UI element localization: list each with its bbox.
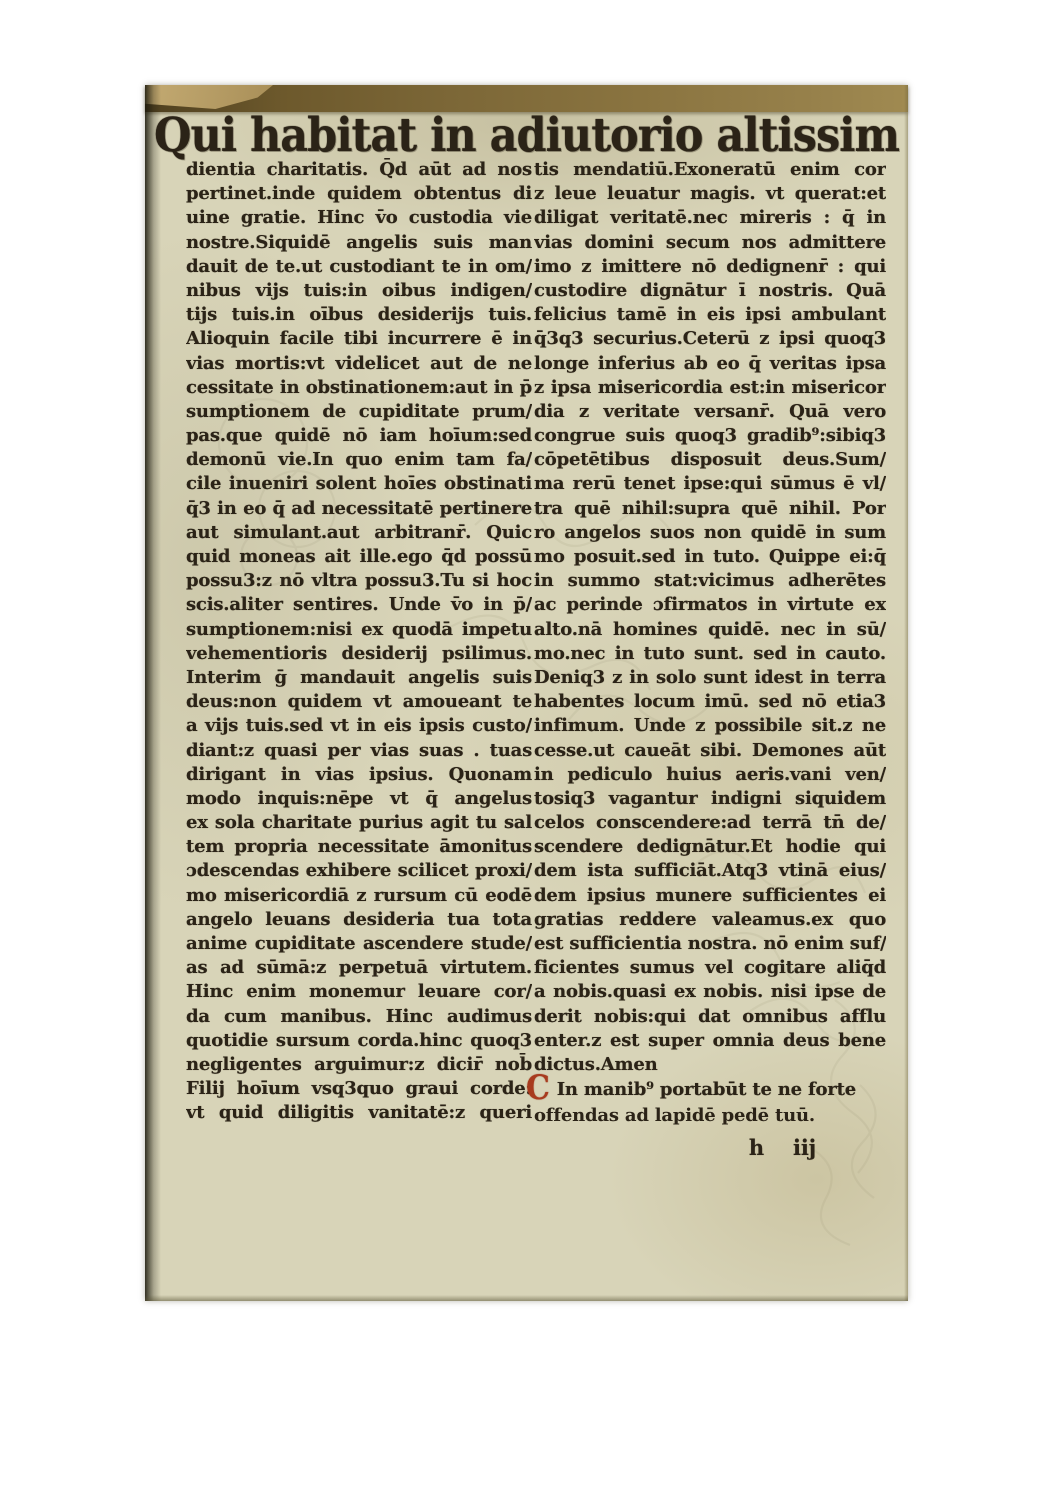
text-line: Filij hoīum vsq3quo graui corde: (186, 1077, 532, 1101)
text-line: dem ista sufficiāt.Atq3 vtinā eius/ (534, 859, 886, 883)
text-line: celos conscendere:ad terrā tn̄ de/ (534, 811, 886, 835)
text-line: mo.nec in tuto sunt. sed in cauto. (534, 642, 886, 666)
text-line: diant:z quasi per vias suas . tuas (186, 739, 532, 763)
text-line: nostre.Siquidē angelis suis man (186, 231, 532, 255)
text-line: Alioquin facile tibi incurrere ē in (186, 327, 532, 351)
text-line: tem propria necessitate āmonitus (186, 835, 532, 859)
text-line: quotidie sursum corda.hinc quoq3 (186, 1029, 532, 1053)
text-line: in summo stat:vicimus adherētes (534, 569, 886, 593)
text-line: dauit de te.ut custodiant te in om/ (186, 255, 532, 279)
text-line: da cum manibus. Hinc audimus (186, 1005, 532, 1029)
text-line: Deniq3 z in solo sunt idest in terra (534, 666, 886, 690)
text-line: dirigant in vias ipsius. Quonam (186, 763, 532, 787)
text-line: tosiq3 vagantur indigni siquidem (534, 787, 886, 811)
text-line: ficientes sumus vel cogitare aliq̄d (534, 956, 886, 980)
scan-background: { "page": { "header_title": "Qui habitat… (0, 0, 1060, 1500)
text-line: est sufficientia nostra. nō enim suf/ (534, 932, 886, 956)
text-line: pertinet.inde quidem obtentus di (186, 182, 532, 206)
text-line: cile inueniri solent hoīes obstinati (186, 472, 532, 496)
text-line: ro angelos suos non quidē in sum (534, 521, 886, 545)
text-line: ma rerū tenet ipse:qui sūmus ē vl/ (534, 472, 886, 496)
text-line: cessitate in obstinationem:aut in p̄ (186, 376, 532, 400)
text-line: nibus vijs tuis:in oibus indigen/ (186, 279, 532, 303)
text-line: a nobis.quasi ex nobis. nisi ipse de (534, 980, 886, 1004)
text-line: demonū vie.In quo enim tam fa/ (186, 448, 532, 472)
text-line: dientia charitatis. Q̄d aūt ad nos (186, 158, 532, 182)
torn-corner (145, 85, 273, 109)
text-line: habentes locum imū. sed nō etia3 (534, 690, 886, 714)
text-line: vt quid diligitis vanitatē:z queri (186, 1101, 532, 1125)
text-line: diligat veritatē.nec mireris : q̄ in (534, 206, 886, 230)
text-line: quid moneas ait ille.ego q̄d possū (186, 545, 532, 569)
text-line: q̄3 in eo q̄ ad necessitatē pertinere (186, 497, 532, 521)
text-line: longe inferius ab eo q̄ veritas ipsa (534, 352, 886, 376)
text-line: alto.nā homines quidē. nec in sū/ (534, 618, 886, 642)
text-line: scis.aliter sentires. Unde v̄o in p̄/ (186, 593, 532, 617)
text-line: anime cupiditate ascendere stude/ (186, 932, 532, 956)
text-line: tra quē nihil:supra quē nihil. Por (534, 497, 886, 521)
rubric-line: offendas ad lapidē pedē tuū. (534, 1103, 886, 1129)
text-line: vias mortis:vt videlicet aut de ne (186, 352, 532, 376)
text-line: modo inquis:nēpe vt q̄ angelus (186, 787, 532, 811)
text-line: ac perinde ɔfirmatos in virtute ex (534, 593, 886, 617)
text-line: sumptionem de cupiditate prum/ (186, 400, 532, 424)
text-line: possu3:z nō vltra possu3.Tu si hoc (186, 569, 532, 593)
rubric-pilcrow-icon: C (526, 1076, 550, 1103)
text-line: vias domini secum nos admittere (534, 231, 886, 255)
text-line: Interim ḡ mandauit angelis suis (186, 666, 532, 690)
text-line: in pediculo huius aeris.vani ven/ (534, 763, 886, 787)
book-page: Qui habitat in adiutorio altissim dienti… (145, 85, 908, 1301)
signature-mark: h iij (534, 1135, 886, 1160)
right-column-lines: tis mendatiū.Exoneratū enim corz leue … (534, 158, 886, 1053)
right-column: tis mendatiū.Exoneratū enim corz leue … (534, 158, 886, 1160)
text-line: a vijs tuis.sed vt in eis ipsis custo/ (186, 714, 532, 738)
text-line: uine gratie. Hinc v̄o custodia vie (186, 206, 532, 230)
text-line: ex sola charitate purius agit tu sal (186, 811, 532, 835)
text-line: angelo leuans desideria tua tota (186, 908, 532, 932)
text-line: Hinc enim monemur leuare cor/ (186, 980, 532, 1004)
text-line: tijs tuis.in oībus desiderijs tuis. (186, 303, 532, 327)
text-line: dem ipsius munere sufficientes ei (534, 884, 886, 908)
text-line: custodire dignātur ī nostris. Quā (534, 279, 886, 303)
text-line: z leue leuatur magis. vt querat:et (534, 182, 886, 206)
text-line: pas.que quidē nō iam hoīum:sed (186, 424, 532, 448)
text-line: cōpetētibus disposuit deus.Sum/ (534, 448, 886, 472)
text-line: deus:non quidem vt amoueant te (186, 690, 532, 714)
binding-edge-band (145, 85, 908, 112)
text-line: as ad sūmā:z perpetuā virtutem. (186, 956, 532, 980)
page-title: Qui habitat in adiutorio altissim (145, 109, 908, 163)
text-line: aut simulant.aut arbitranr̄. Quic (186, 521, 532, 545)
text-line: tis mendatiū.Exoneratū enim cor (534, 158, 886, 182)
text-line: negligentes arguimur:z dicir̄ nob̄ (186, 1053, 532, 1077)
text-line: infimum. Unde z possibile sit.z ne (534, 714, 886, 738)
text-line: gratias reddere valeamus.ex quo (534, 908, 886, 932)
text-line: q̄3q3 securius.Ceterū z ipsi quoq3 (534, 327, 886, 351)
text-line: derit nobis:qui dat omnibus afflu (534, 1005, 886, 1029)
text-line: ɔdescendas exhibere scilicet proxi/ (186, 859, 532, 883)
text-line: scendere dedignātur.Et hodie qui (534, 835, 886, 859)
text-line: congrue suis quoq3 gradib⁹:sibiq3 (534, 424, 886, 448)
text-line: dictus.Amen (534, 1053, 886, 1077)
text-line: mo posuit.sed in tuto. Quippe ei:q̄ (534, 545, 886, 569)
text-line: vehementioris desiderij psilimus. (186, 642, 532, 666)
rubric-line: CIn manib⁹ portabūt te ne forte (534, 1077, 886, 1103)
text-line: mo misericordiā z rursum cū eodē (186, 884, 532, 908)
text-block: dientia charitatis. Q̄d aūt ad nosperti… (145, 158, 908, 1160)
rubric-text: In manib⁹ portabūt te ne forte (557, 1079, 856, 1100)
text-line: dia z veritate versanr̄. Quā vero (534, 400, 886, 424)
text-line: z ipsa misericordia est:in misericor (534, 376, 886, 400)
text-line: cesse.ut caueāt sibi. Demones aūt (534, 739, 886, 763)
text-line: felicius tamē in eis ipsi ambulant (534, 303, 886, 327)
text-line: sumptionem:nisi ex quodā impetu (186, 618, 532, 642)
left-column: dientia charitatis. Q̄d aūt ad nosperti… (186, 158, 532, 1160)
text-line: imo z imittere nō dedignenr̄ : qui (534, 255, 886, 279)
text-line: enter.z est super omnia deus bene (534, 1029, 886, 1053)
